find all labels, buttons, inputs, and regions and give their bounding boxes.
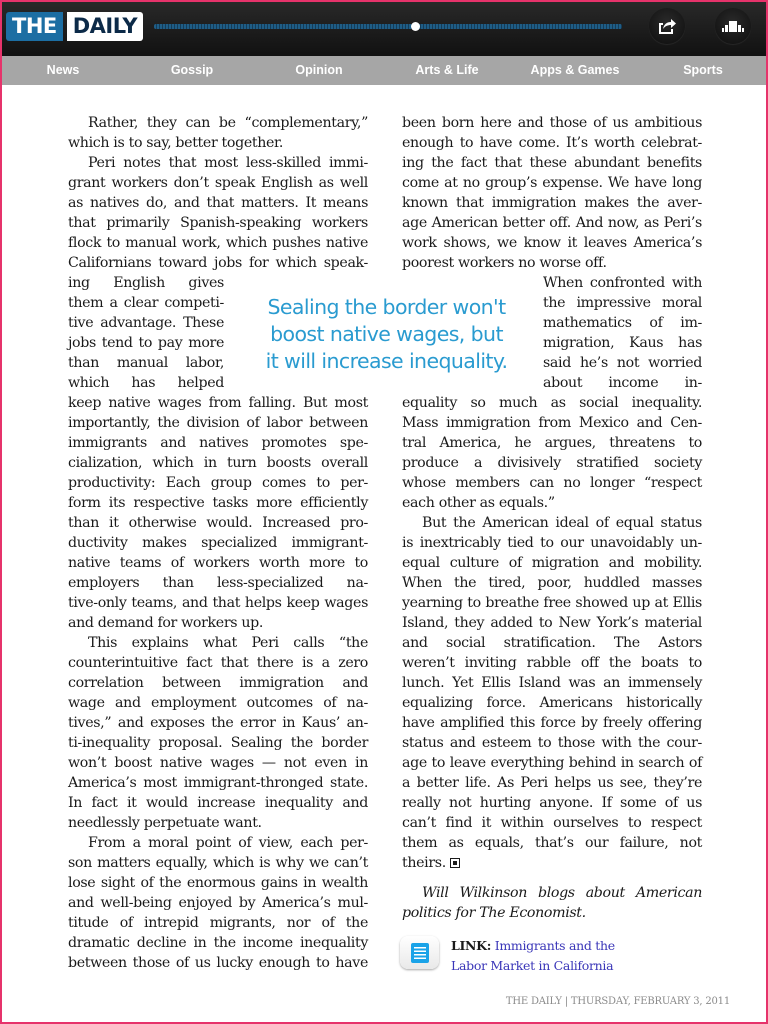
article-line-text: equal culture of migration and mobility. bbox=[402, 555, 702, 571]
link-anchor-line1[interactable]: Immigrants and the bbox=[495, 938, 615, 953]
article-line-text: and well-being enjoyed by America’s mul- bbox=[68, 895, 368, 911]
article-line: But the American ideal of equal status bbox=[422, 513, 702, 533]
logo-the: THE bbox=[6, 12, 63, 41]
byline-text: Will Wilkinson blogs about American poli… bbox=[402, 883, 702, 923]
nav-tab-news[interactable]: News bbox=[47, 56, 80, 85]
article-line: lose sight of the enormous gains in weal… bbox=[68, 873, 368, 893]
article-line-text: correlation between immigration and bbox=[68, 675, 368, 691]
nav-tab-opinion[interactable]: Opinion bbox=[295, 56, 342, 85]
article-line: age to leave everything behind in search… bbox=[402, 753, 702, 773]
article-line-text: When confronted with bbox=[543, 275, 702, 291]
article-line: form its respective tasks more efficient… bbox=[68, 493, 368, 513]
article-line-text: poorest workers no worse off. bbox=[402, 255, 607, 271]
article-line-text: Mass immigration from Mexico and Cen- bbox=[402, 415, 702, 431]
article-line-text: lunch. Yet Ellis Island was an immensely bbox=[402, 675, 702, 691]
article-line: cialization, which in turn boosts overal… bbox=[68, 453, 368, 473]
article-line-text: Rather, they can be “complementary,” bbox=[88, 115, 368, 131]
article-line-text: But the American ideal of equal status bbox=[422, 515, 702, 531]
article-line: migration, Kaus has bbox=[543, 333, 702, 353]
article-line: equality so much as social inequality. bbox=[402, 393, 702, 413]
article-line-text: ing English gives bbox=[68, 275, 224, 291]
article-line-text: age to leave everything behind in search… bbox=[402, 755, 702, 771]
article-line: correlation between immigration and bbox=[68, 673, 368, 693]
article-line-text: mathematics of im- bbox=[543, 315, 702, 331]
article-line-text: which is to say, better together. bbox=[68, 135, 283, 151]
article-line-text: them a clear competi- bbox=[68, 295, 224, 311]
article-line: than manual labor, bbox=[68, 353, 224, 373]
article-line: each other as equals.” bbox=[402, 493, 702, 513]
article-line: When the tired, poor, huddled masses bbox=[402, 573, 702, 593]
article-line-text: that primarily Spanish-speaking workers bbox=[68, 215, 368, 231]
logo-daily: DAILY bbox=[67, 12, 143, 41]
article-line-text: equalizing force. Americans historically bbox=[402, 695, 702, 711]
article-line: have amplified this force by freely offe… bbox=[402, 713, 702, 733]
article-line-text: whose members can no longer “respect bbox=[402, 475, 702, 491]
article-line-text: is inextricably tied to our unavoidably … bbox=[402, 535, 702, 551]
article-line: keep native wages from falling. But most bbox=[68, 393, 368, 413]
article-line-text: can’t find it within ourselves to respec… bbox=[402, 815, 702, 831]
article-line: When confronted with bbox=[543, 273, 702, 293]
article-line: enough to have come. It’s worth celebrat… bbox=[402, 133, 702, 153]
article-line-text: needlessly perpetuate want. bbox=[68, 815, 262, 831]
article-line: is inextricably tied to our unavoidably … bbox=[402, 533, 702, 553]
article-line-text: won’t boost native wages — not even in bbox=[68, 755, 368, 771]
article-line: a better life. As Peri helps us see, the… bbox=[402, 773, 702, 793]
article-line-text: tral America, he argues, threatens to bbox=[402, 435, 702, 451]
article-line-text: From a moral point of view, each per- bbox=[88, 835, 368, 851]
article-line-text: keep native wages from falling. But most bbox=[68, 395, 368, 411]
article-line-text: between those of us lucky enough to have bbox=[68, 955, 368, 971]
article-line: come at no group’s expense. We have long bbox=[402, 173, 702, 193]
article-line: can’t find it within ourselves to respec… bbox=[402, 813, 702, 833]
article-line-text: and social stratification. The Astors bbox=[402, 635, 702, 651]
article-line: grant workers don’t speak English as wel… bbox=[68, 173, 368, 193]
article-line-text: tive-only teams, and that helps keep wag… bbox=[68, 595, 368, 611]
link-button[interactable] bbox=[400, 936, 439, 969]
article-line: equalizing force. Americans historically bbox=[402, 693, 702, 713]
article-line: counterintuitive fact that there is a ze… bbox=[68, 653, 368, 673]
pull-quote: Sealing the border won't boost native wa… bbox=[245, 294, 528, 375]
article-line: and demand for workers up. bbox=[68, 613, 368, 633]
article-line-text: cialization, which in turn boosts overal… bbox=[68, 455, 368, 471]
article-line-text: When the tired, poor, huddled masses bbox=[402, 575, 702, 591]
article-line: native teams of workers worth more to bbox=[68, 553, 368, 573]
article-line: said he’s not worried bbox=[543, 353, 702, 373]
the-daily-logo[interactable]: THE DAILY bbox=[6, 12, 143, 41]
article-line: Californians toward jobs for which speak… bbox=[68, 253, 368, 273]
article-line-text: which has helped bbox=[68, 375, 224, 391]
article-line-text: than it otherwise would. Increased pro- bbox=[68, 515, 368, 531]
article-line-text: Island, they added to New York’s materia… bbox=[402, 615, 702, 631]
article-line: poorest workers no worse off. bbox=[402, 253, 702, 273]
article-line: them as equals, that’s our failure, not bbox=[402, 833, 702, 853]
article-line: immigrants and natives promotes spe- bbox=[68, 433, 368, 453]
article-line: age American better off. And now, as Per… bbox=[402, 213, 702, 233]
article-line-text: dramatic decline in the income inequalit… bbox=[68, 935, 368, 951]
article-line: tive advantage. These bbox=[68, 313, 224, 333]
author-byline: Will Wilkinson blogs about American poli… bbox=[402, 883, 702, 923]
sections-button[interactable] bbox=[715, 8, 751, 44]
article-line-text: yearning to breathe free showed up at El… bbox=[402, 595, 702, 611]
article-line-text: son matters equally, which is why we can… bbox=[68, 855, 368, 871]
article-line-text: equality so much as social inequality. bbox=[402, 395, 702, 411]
article-line-text: come at no group’s expense. We have long bbox=[402, 175, 702, 191]
article-line-text: known that immigration makes the aver- bbox=[402, 195, 702, 211]
article-line: as natives do, and that matters. It mean… bbox=[68, 193, 368, 213]
article-line: that primarily Spanish-speaking workers bbox=[68, 213, 368, 233]
article-line: work shows, we know it leaves America’s bbox=[402, 233, 702, 253]
article-line-text: grant workers don’t speak English as wel… bbox=[68, 175, 368, 191]
article-line-text: immigrants and natives promotes spe- bbox=[68, 435, 368, 451]
article-line: whose members can no longer “respect bbox=[402, 473, 702, 493]
article-line-text: ti-inequality proposal. Sealing the bord… bbox=[68, 735, 368, 751]
article-line-text: have amplified this force by freely offe… bbox=[402, 715, 702, 731]
article-line-text: native teams of workers worth more to bbox=[68, 555, 368, 571]
section-nav: NewsGossipOpinionArts & LifeApps & Games… bbox=[0, 56, 768, 85]
article-line: theirs. bbox=[402, 853, 702, 873]
article-line-text: jobs tend to pay more bbox=[68, 335, 224, 351]
article-line: tral America, he argues, threatens to bbox=[402, 433, 702, 453]
article-line: which is to say, better together. bbox=[68, 133, 368, 153]
article-line: America’s most immigrant-thronged state. bbox=[68, 773, 368, 793]
article-line: From a moral point of view, each per- bbox=[88, 833, 368, 853]
article-line-text: In fact it would increase inequality and bbox=[68, 795, 368, 811]
article-line-text: and demand for workers up. bbox=[68, 615, 263, 631]
article-line: flock to manual work, which pushes nativ… bbox=[68, 233, 368, 253]
article-line-text: Californians toward jobs for which speak… bbox=[68, 255, 368, 271]
article-line: titude of intrepid migrants, nor of the bbox=[68, 913, 368, 933]
article-line-text: ing the fact that these abundant benefit… bbox=[402, 155, 702, 171]
article-line: ing English gives bbox=[68, 273, 224, 293]
article-line: Rather, they can be “complementary,” bbox=[88, 113, 368, 133]
article-line-text: counterintuitive fact that there is a ze… bbox=[68, 655, 368, 671]
share-icon bbox=[657, 17, 677, 35]
article-line: between those of us lucky enough to have bbox=[68, 953, 368, 973]
article-line: employers than less-specialized na- bbox=[68, 573, 368, 593]
link-anchor-line2[interactable]: Labor Market in California bbox=[451, 958, 613, 973]
article-line: Mass immigration from Mexico and Cen- bbox=[402, 413, 702, 433]
article-line-text: titude of intrepid migrants, nor of the bbox=[68, 915, 368, 931]
article-line: importantly, the division of labor betwe… bbox=[68, 413, 368, 433]
article-line-text: status and esteem to those with the cour… bbox=[402, 735, 702, 751]
document-icon bbox=[411, 943, 429, 963]
article-line: wage and employment outcomes of na- bbox=[68, 693, 368, 713]
article-line: status and esteem to those with the cour… bbox=[402, 733, 702, 753]
article-line-text: theirs. bbox=[402, 855, 446, 871]
article-line-text: productivity: Each group comes to per- bbox=[68, 475, 368, 491]
related-link: LINK: Immigrants and the Labor Market in… bbox=[451, 936, 671, 976]
article-line: which has helped bbox=[68, 373, 224, 393]
sections-carousel-icon bbox=[722, 19, 744, 33]
article-line: In fact it would increase inequality and bbox=[68, 793, 368, 813]
article-line-text: tives,” and exposes the error in Kaus’ a… bbox=[68, 715, 368, 731]
article-line-text: employers than less-specialized na- bbox=[68, 575, 368, 591]
article-line-text: said he’s not worried bbox=[543, 355, 702, 371]
article-line: produce a divisively stratified society bbox=[402, 453, 702, 473]
article-line-text: them as equals, that’s our failure, not bbox=[402, 835, 702, 851]
article-line-text: America’s most immigrant-thronged state. bbox=[68, 775, 368, 791]
pull-quote-line: boost native wages, but bbox=[245, 321, 528, 348]
end-of-article-icon bbox=[450, 858, 460, 868]
article-line-text: lose sight of the enormous gains in weal… bbox=[68, 875, 368, 891]
article-line-text: than manual labor, bbox=[68, 355, 224, 371]
article-line: weren’t inviting rabble off the boats to bbox=[402, 653, 702, 673]
pull-quote-line: Sealing the border won't bbox=[245, 294, 528, 321]
article-line-text: flock to manual work, which pushes nativ… bbox=[68, 235, 368, 251]
article-line: mathematics of im- bbox=[543, 313, 702, 333]
article-line-text: form its respective tasks more efficient… bbox=[68, 495, 368, 511]
article-line-text: Peri notes that most less-skilled immi- bbox=[88, 155, 368, 171]
article-line: and social stratification. The Astors bbox=[402, 633, 702, 653]
article-line-text: the impressive moral bbox=[543, 295, 702, 311]
article-line-text: age American better off. And now, as Per… bbox=[402, 215, 702, 231]
article-line: jobs tend to pay more bbox=[68, 333, 224, 353]
article-line: known that immigration makes the aver- bbox=[402, 193, 702, 213]
article-line-text: produce a divisively stratified society bbox=[402, 455, 702, 471]
article-line-text: enough to have come. It’s worth celebrat… bbox=[402, 135, 702, 151]
page-scrubber-thumb[interactable] bbox=[411, 22, 420, 31]
nav-tab-gossip[interactable]: Gossip bbox=[171, 56, 213, 85]
article-line-text: as natives do, and that matters. It mean… bbox=[68, 195, 368, 211]
article-line-text: importantly, the division of labor betwe… bbox=[68, 415, 368, 431]
article-line: equal culture of migration and mobility. bbox=[402, 553, 702, 573]
article-line: lunch. Yet Ellis Island was an immensely bbox=[402, 673, 702, 693]
article-line: than it otherwise would. Increased pro- bbox=[68, 513, 368, 533]
article-line: Island, they added to New York’s materia… bbox=[402, 613, 702, 633]
article-line: needlessly perpetuate want. bbox=[68, 813, 368, 833]
article-line-text: migration, Kaus has bbox=[543, 335, 702, 351]
article-line: son matters equally, which is why we can… bbox=[68, 853, 368, 873]
article-line-text: This explains what Peri calls “the bbox=[88, 635, 368, 651]
article-line: productivity: Each group comes to per- bbox=[68, 473, 368, 493]
article-line: ductivity makes specialized immigrant- bbox=[68, 533, 368, 553]
top-toolbar: THE DAILY bbox=[0, 0, 768, 56]
article-line-text: been born here and those of us ambitious bbox=[402, 115, 702, 131]
article-line: and well-being enjoyed by America’s mul- bbox=[68, 893, 368, 913]
article-line: This explains what Peri calls “the bbox=[88, 633, 368, 653]
nav-tab-arts-life[interactable]: Arts & Life bbox=[415, 56, 478, 85]
article-line: ti-inequality proposal. Sealing the bord… bbox=[68, 733, 368, 753]
article-line-text: a better life. As Peri helps us see, the… bbox=[402, 775, 702, 791]
article-line-text: about income in- bbox=[543, 375, 702, 391]
article-line-text: wage and employment outcomes of na- bbox=[68, 695, 368, 711]
article-line: yearning to breathe free showed up at El… bbox=[402, 593, 702, 613]
article-line-text: weren’t inviting rabble off the boats to bbox=[402, 655, 702, 671]
article-line: dramatic decline in the income inequalit… bbox=[68, 933, 368, 953]
link-label: LINK: bbox=[451, 938, 491, 953]
article-line: the impressive moral bbox=[543, 293, 702, 313]
article-line-text: tive advantage. These bbox=[68, 315, 224, 331]
article-line: ing the fact that these abundant benefit… bbox=[402, 153, 702, 173]
article-line: about income in- bbox=[543, 373, 702, 393]
article-line: Peri notes that most less-skilled immi- bbox=[88, 153, 368, 173]
article-line: tive-only teams, and that helps keep wag… bbox=[68, 593, 368, 613]
nav-tab-apps-games[interactable]: Apps & Games bbox=[531, 56, 620, 85]
article-line: really not hurting anyone. If some of us bbox=[402, 793, 702, 813]
nav-tab-sports[interactable]: Sports bbox=[683, 56, 723, 85]
article-line-text: really not hurting anyone. If some of us bbox=[402, 795, 702, 811]
article-line-text: work shows, we know it leaves America’s bbox=[402, 235, 702, 251]
article-line: won’t boost native wages — not even in bbox=[68, 753, 368, 773]
pull-quote-line: it will increase inequality. bbox=[245, 348, 528, 375]
page-scrubber-track[interactable] bbox=[154, 24, 622, 29]
article-line-text: ductivity makes specialized immigrant- bbox=[68, 535, 368, 551]
article-line-text: each other as equals.” bbox=[402, 495, 555, 511]
share-button[interactable] bbox=[649, 8, 685, 44]
article-line: them a clear competi- bbox=[68, 293, 224, 313]
issue-date-footer: THE DAILY | THURSDAY, FEBRUARY 3, 2011 bbox=[506, 996, 730, 1007]
article-line: tives,” and exposes the error in Kaus’ a… bbox=[68, 713, 368, 733]
article-line: been born here and those of us ambitious bbox=[402, 113, 702, 133]
